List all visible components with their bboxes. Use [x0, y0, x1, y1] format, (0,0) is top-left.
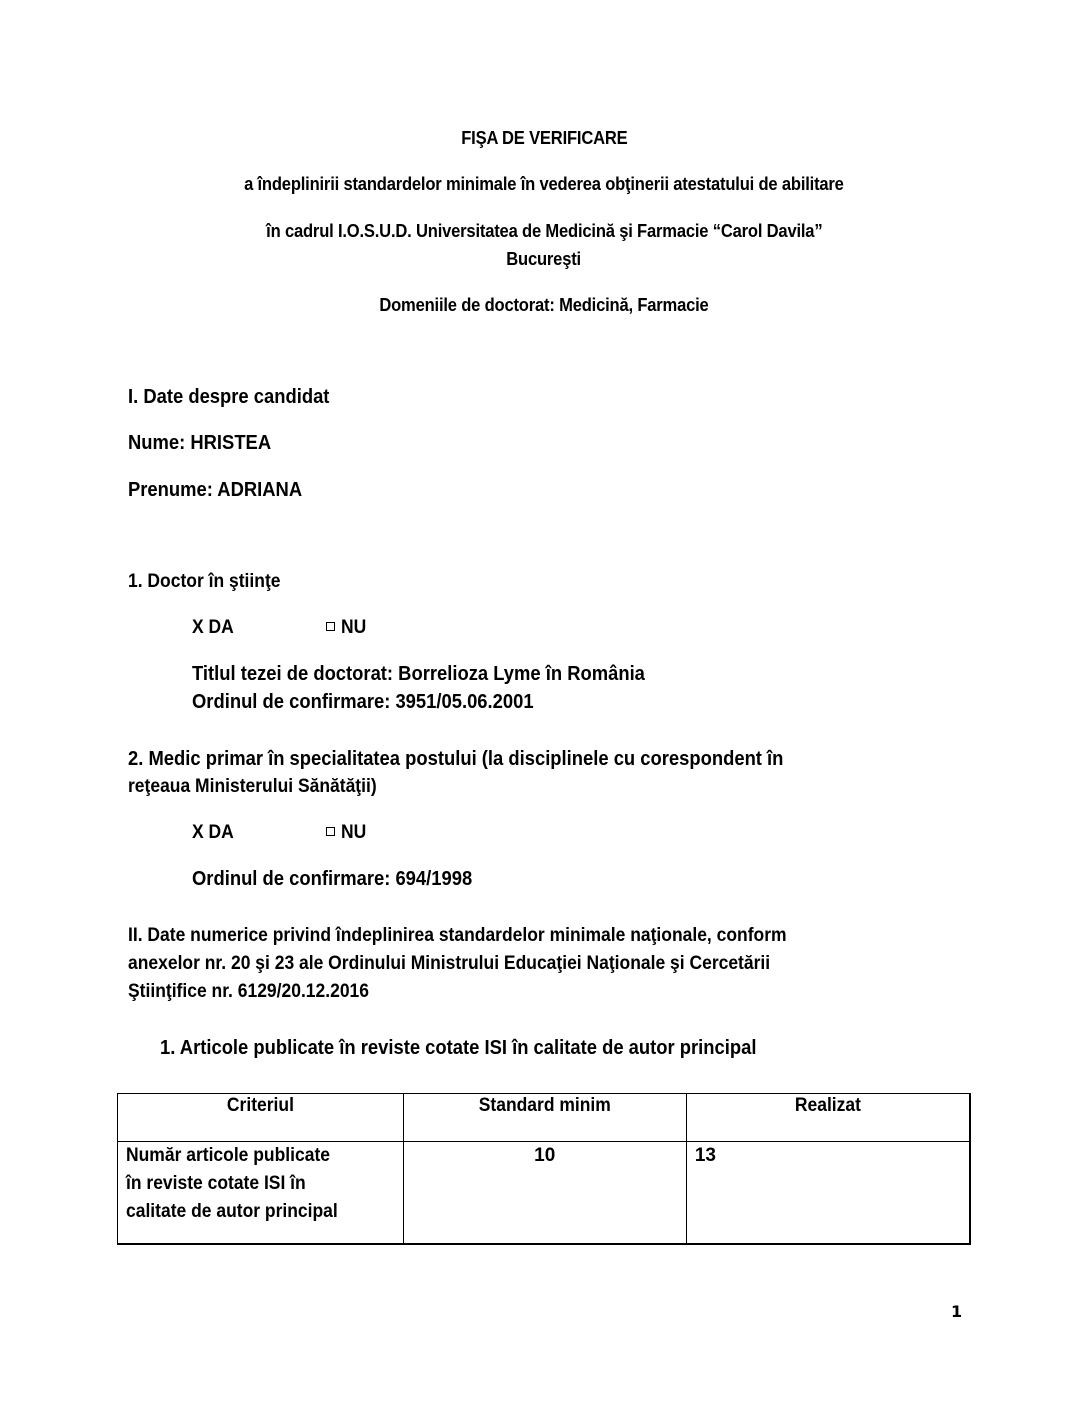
header-standard-min-text: Standard minim [479, 1095, 611, 1117]
item2-heading-line2: reţeaua Ministerului Sănătăţii) [128, 776, 398, 798]
subtitle-line3-text: Bucureşti [507, 249, 582, 270]
section2-heading-line2: anexelor nr. 20 şi 23 ale Ordinului Mini… [128, 953, 826, 975]
table-header-row: Criteriul Standard minim Realizat [118, 1094, 971, 1142]
subsection1-heading-text: 1. Articole publicate în reviste cotate … [160, 1037, 756, 1060]
criteria-table: Criteriul Standard minim Realizat Număr … [117, 1093, 971, 1245]
document-title-text: FIŞA DE VERIFICARE [461, 128, 627, 149]
cell-criterion: Număr articole publicate în reviste cota… [118, 1142, 404, 1245]
criterion-line2: în reviste cotate ISI în [126, 1170, 306, 1198]
header-standard-min: Standard minim [403, 1094, 686, 1142]
item2-option-no-text: NU [341, 822, 366, 844]
candidate-last-name-text: Nume: HRISTEA [128, 432, 271, 455]
candidate-last-name: Nume: HRISTEA [128, 432, 284, 455]
item2-option-no: NU [326, 822, 368, 844]
thesis-title-text: Titlul tezei de doctorat: Borrelioza Lym… [192, 663, 645, 686]
item2-heading-line1: 2. Medic primar în specialitatea postulu… [128, 748, 840, 771]
item1-option-no: NU [326, 617, 368, 639]
subtitle-line1-text: a îndeplinirii standardelor minimale în … [244, 174, 844, 195]
section2-heading-line1-text: II. Date numerice privind îndeplinirea s… [128, 925, 787, 947]
doctoral-domains-text: Domeniile de doctorat: Medicină, Farmaci… [379, 295, 708, 316]
cell-achieved: 13 [686, 1142, 970, 1245]
item1-heading: 1. Doctor în ştiinţe [128, 571, 294, 593]
checkbox-empty-icon [326, 827, 335, 836]
cell-standard-min: 10 [403, 1142, 686, 1245]
candidate-first-name-text: Prenume: ADRIANA [128, 479, 302, 502]
section2-heading-line1: II. Date numerice privind îndeplinirea s… [128, 925, 844, 947]
item2-option-yes: X DA [192, 822, 237, 844]
section2-heading-line3-text: Ştiinţifice nr. 6129/20.12.2016 [128, 981, 369, 1003]
header-achieved-text: Realizat [795, 1095, 861, 1117]
item1-confirmation-order: Ordinul de confirmare: 3951/05.06.2001 [192, 691, 563, 714]
thesis-title: Titlul tezei de doctorat: Borrelioza Lym… [192, 663, 684, 686]
item1-option-yes-text: X DA [192, 617, 234, 639]
item2-heading-line2-text: reţeaua Ministerului Sănătăţii) [128, 776, 377, 798]
criterion-line3: calitate de autor principal [126, 1198, 338, 1226]
achieved-value: 13 [695, 1145, 716, 1166]
section1-heading: I. Date despre candidat [128, 386, 347, 409]
document-title: FIŞA DE VERIFICARE [0, 128, 1088, 149]
table-row: Număr articole publicate în reviste cota… [118, 1142, 971, 1245]
section2-heading-line3: Ştiinţifice nr. 6129/20.12.2016 [128, 981, 390, 1003]
header-criterion-text: Criteriul [227, 1095, 294, 1117]
standard-min-value: 10 [534, 1145, 555, 1166]
item1-confirmation-order-text: Ordinul de confirmare: 3951/05.06.2001 [192, 691, 534, 714]
section2-heading-line2-text: anexelor nr. 20 şi 23 ale Ordinului Mini… [128, 953, 770, 975]
document-subtitle-line1: a îndeplinirii standardelor minimale în … [0, 174, 1088, 195]
document-subtitle-line2: în cadrul I.O.S.U.D. Universitatea de Me… [0, 221, 1088, 242]
page-number: 1 [951, 1302, 962, 1321]
candidate-first-name: Prenume: ADRIANA [128, 479, 317, 502]
item2-confirmation-order-text: Ordinul de confirmare: 694/1998 [192, 868, 472, 891]
doctoral-domains: Domeniile de doctorat: Medicină, Farmaci… [0, 295, 1088, 316]
item2-heading-line1-text: 2. Medic primar în specialitatea postulu… [128, 748, 783, 771]
criterion-line1: Număr articole publicate [126, 1142, 330, 1170]
item2-confirmation-order: Ordinul de confirmare: 694/1998 [192, 868, 497, 891]
section1-heading-text: I. Date despre candidat [128, 386, 329, 409]
item2-option-yes-text: X DA [192, 822, 234, 844]
checkbox-empty-icon [326, 622, 335, 631]
item1-option-yes: X DA [192, 617, 237, 639]
item1-option-no-text: NU [341, 617, 366, 639]
header-achieved: Realizat [686, 1094, 970, 1142]
subsection1-heading: 1. Articole publicate în reviste cotate … [160, 1037, 808, 1060]
document-subtitle-line3: Bucureşti [0, 249, 1088, 270]
header-criterion: Criteriul [118, 1094, 404, 1142]
item1-heading-text: 1. Doctor în ştiinţe [128, 571, 280, 593]
subtitle-line2-text: în cadrul I.O.S.U.D. Universitatea de Me… [266, 221, 822, 242]
